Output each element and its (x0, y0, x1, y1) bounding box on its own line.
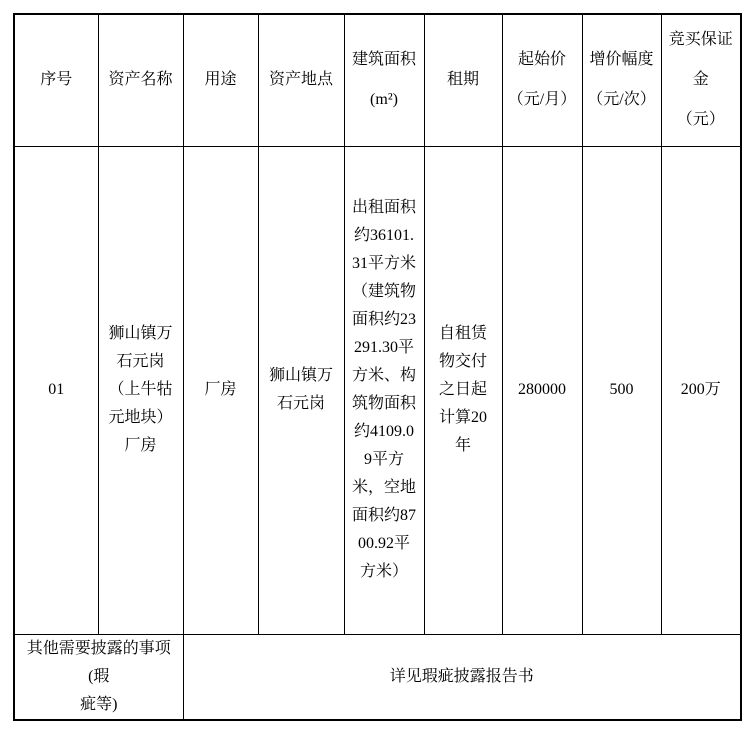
header-increment: 增价幅度 （元/次） (582, 14, 661, 146)
header-usage: 用途 (183, 14, 258, 146)
footer-disclosure-label: 其他需要披露的事项(瑕 疵等) (14, 634, 183, 720)
cell-lease-term: 自租赁 物交付 之日起 计算20 年 (424, 146, 502, 634)
header-row: 序号 资产名称 用途 资产地点 建筑面积 (m²) 租期 起始价 （元/月） 增… (14, 14, 741, 146)
cell-deposit: 200万 (661, 146, 741, 634)
header-asset-name: 资产名称 (98, 14, 183, 146)
header-deposit: 竞买保证 金 （元） (661, 14, 741, 146)
cell-starting-price: 280000 (502, 146, 582, 634)
cell-serial: 01 (14, 146, 98, 634)
asset-auction-table: 序号 资产名称 用途 资产地点 建筑面积 (m²) 租期 起始价 （元/月） 增… (13, 13, 742, 721)
header-building-area: 建筑面积 (m²) (344, 14, 424, 146)
cell-asset-name: 狮山镇万 石元岗 （上牛牯 元地块） 厂房 (98, 146, 183, 634)
cell-increment: 500 (582, 146, 661, 634)
cell-building-area: 出租面积 约36101. 31平方米 （建筑物 面积约23 291.30平 方米… (344, 146, 424, 634)
header-lease-term: 租期 (424, 14, 502, 146)
header-starting-price: 起始价 （元/月） (502, 14, 582, 146)
cell-location: 狮山镇万 石元岗 (258, 146, 344, 634)
asset-auction-table-container: 序号 资产名称 用途 资产地点 建筑面积 (m²) 租期 起始价 （元/月） 增… (13, 13, 742, 721)
table-row: 01 狮山镇万 石元岗 （上牛牯 元地块） 厂房 厂房 狮山镇万 石元岗 出租面… (14, 146, 741, 634)
header-serial: 序号 (14, 14, 98, 146)
footer-disclosure-value: 详见瑕疵披露报告书 (183, 634, 741, 720)
cell-usage: 厂房 (183, 146, 258, 634)
footer-row: 其他需要披露的事项(瑕 疵等) 详见瑕疵披露报告书 (14, 634, 741, 720)
header-location: 资产地点 (258, 14, 344, 146)
